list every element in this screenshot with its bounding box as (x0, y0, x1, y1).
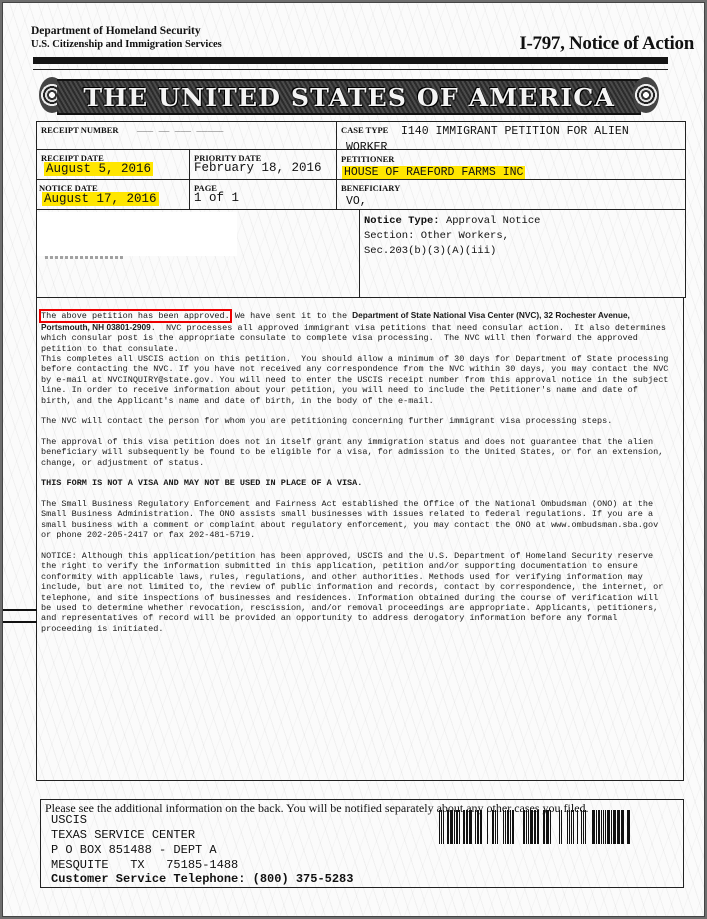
service-center-line: P O BOX 851488 - DEPT A (51, 843, 217, 857)
case-type-label: CASE TYPE (341, 125, 388, 135)
p3-line: The NVC will contact the person for whom… (41, 416, 612, 426)
redacted-address (37, 212, 237, 256)
fold-mark (3, 609, 37, 611)
beneficiary-label: BENEFICIARY (341, 183, 400, 193)
footer-box: Please see the additional information on… (40, 799, 684, 888)
notice-type-cell: Notice Type: Approval Notice Section: Ot… (360, 210, 685, 297)
paragraph-nvc: The above petition has been approved. We… (41, 300, 666, 354)
banner-band: THE UNITED STATES OF AMERICA (57, 79, 641, 115)
customer-service-phone: Customer Service Telephone: (800) 375-52… (51, 872, 353, 886)
paragraph-ombudsman: The Small Business Regulatory Enforcemen… (41, 499, 658, 541)
p7-line: be used to determine whether revocation,… (41, 603, 658, 613)
p6-line: small business with a comment or complai… (41, 520, 658, 530)
agency-dhs: Department of Homeland Security (31, 25, 222, 38)
case-type-cell: CASE TYPE I140 IMMIGRANT PETITION FOR AL… (337, 122, 685, 150)
petitioner-label: PETITIONER (341, 154, 394, 164)
receipt-number-cell: RECEIPT NUMBER ___ __ ___ _____ (37, 122, 337, 150)
p2-line: This completes all USCIS action on this … (41, 354, 668, 364)
petitioner-cell: PETITIONER HOUSE OF RAEFORD FARMS INC (337, 150, 685, 180)
barcode-icon (439, 810, 635, 844)
p7-line: NOTICE: Although this application/petiti… (41, 551, 653, 561)
paragraph-nvc-contact: The NVC will contact the person for whom… (41, 416, 612, 426)
header-rule-thin (33, 69, 668, 70)
p1-line4: petition to that consulate. (41, 344, 179, 354)
notice-date-cell: NOTICE DATE August 17, 2016 (37, 180, 190, 210)
page-cell: PAGE 1 of 1 (190, 180, 337, 210)
p6-line: Small Business Administration. The ONO a… (41, 509, 653, 519)
service-center-line: USCIS (51, 813, 87, 827)
beneficiary-value: VO, (346, 195, 367, 208)
agency-header: Department of Homeland Security U.S. Cit… (31, 25, 222, 51)
notice-section-line1: Section: Other Workers, (364, 230, 509, 242)
i797-document-page: Department of Homeland Security U.S. Cit… (2, 2, 705, 917)
p6-line: The Small Business Regulatory Enforcemen… (41, 499, 653, 509)
receipt-date-cell: RECEIPT DATE August 5, 2016 (37, 150, 190, 180)
p2-line: line. In order to receive information ab… (41, 385, 638, 395)
banner-text: THE UNITED STATES OF AMERICA (83, 83, 615, 112)
priority-date-value: February 18, 2016 (194, 161, 322, 175)
p1-text: We have sent it to the (230, 311, 352, 321)
approved-sentence: The above petition has been approved. (41, 311, 230, 321)
p7-line: include, but are not limited to, the rev… (41, 582, 663, 592)
notice-section-line2: Sec.203(b)(3)(A)(iii) (364, 245, 496, 257)
p7-line: proceeding is initiated. (41, 624, 163, 634)
usa-banner: THE UNITED STATES OF AMERICA (39, 75, 659, 115)
petitioner-value: HOUSE OF RAEFORD FARMS INC (342, 166, 525, 179)
rosette-ornament-icon (633, 77, 659, 113)
p1-line3: which consular post is the appropriate c… (41, 333, 638, 343)
service-center-line: MESQUITE TX 75185-1488 (51, 858, 238, 872)
priority-date-cell: PRIORITY DATE February 18, 2016 (190, 150, 337, 180)
agency-uscis: U.S. Citizenship and Immigration Service… (31, 38, 222, 51)
p2-line: birth, and the Applicant's name and date… (41, 396, 434, 406)
service-center-line: TEXAS SERVICE CENTER (51, 828, 195, 842)
address-block-cell (37, 210, 360, 297)
p4-line: change, or adjustment of status. (41, 458, 204, 468)
p5-line: THIS FORM IS NOT A VISA AND MAY NOT BE U… (41, 478, 362, 488)
notice-type-label: Notice Type: (364, 215, 440, 227)
p1-line2: . NVC processes all approved immigrant v… (151, 323, 666, 333)
p7-line: the right to verify the information subm… (41, 561, 638, 571)
notice-date-value: August 17, 2016 (42, 192, 159, 206)
notice-type-value: Approval Notice (446, 215, 541, 227)
case-info-grid: RECEIPT NUMBER ___ __ ___ _____ CASE TYP… (36, 121, 686, 298)
receipt-date-value: August 5, 2016 (44, 162, 153, 176)
notice-body: The above petition has been approved. We… (36, 297, 684, 781)
p2-line: before contacting the NVC. If you have n… (41, 364, 668, 374)
form-title: I-797, Notice of Action (519, 33, 694, 55)
case-type-value-line1: I140 IMMIGRANT PETITION FOR ALIEN (401, 125, 629, 138)
beneficiary-cell: BENEFICIARY VO, (337, 180, 685, 210)
p7-line: and representatives of record will be pr… (41, 613, 617, 623)
not-a-visa-warning: THIS FORM IS NOT A VISA AND MAY NOT BE U… (41, 478, 362, 488)
paragraph-verification-notice: NOTICE: Although this application/petiti… (41, 551, 663, 634)
receipt-number-value: ___ __ ___ _____ (137, 124, 223, 134)
p6-line: or phone 202-205-2417 or fax 202-481-571… (41, 530, 255, 540)
page-value: 1 of 1 (194, 191, 239, 205)
fold-mark (3, 621, 37, 623)
notice-type: Notice Type: Approval Notice (364, 215, 540, 227)
paragraph-processing: This completes all USCIS action on this … (41, 354, 668, 406)
receipt-number-label: RECEIPT NUMBER (41, 125, 119, 135)
p7-line: telephone, and site inspections of busin… (41, 593, 658, 603)
paragraph-approval-disclaimer: The approval of this visa petition does … (41, 437, 663, 468)
redacted-address-fragment (45, 256, 125, 259)
p2-line: by e-mail at NVCINQUIRY@state.gov. You w… (41, 375, 668, 385)
nvc-city-bold: Portsmouth, NH 03801-2909 (41, 322, 151, 332)
nvc-address-bold: Department of State National Visa Center… (352, 310, 630, 320)
p4-line: The approval of this visa petition does … (41, 437, 653, 447)
p7-line: conformity with applicable laws, rules, … (41, 572, 643, 582)
header-rule-thick (33, 57, 668, 64)
p4-line: beneficiary will subsequently be found t… (41, 447, 663, 457)
